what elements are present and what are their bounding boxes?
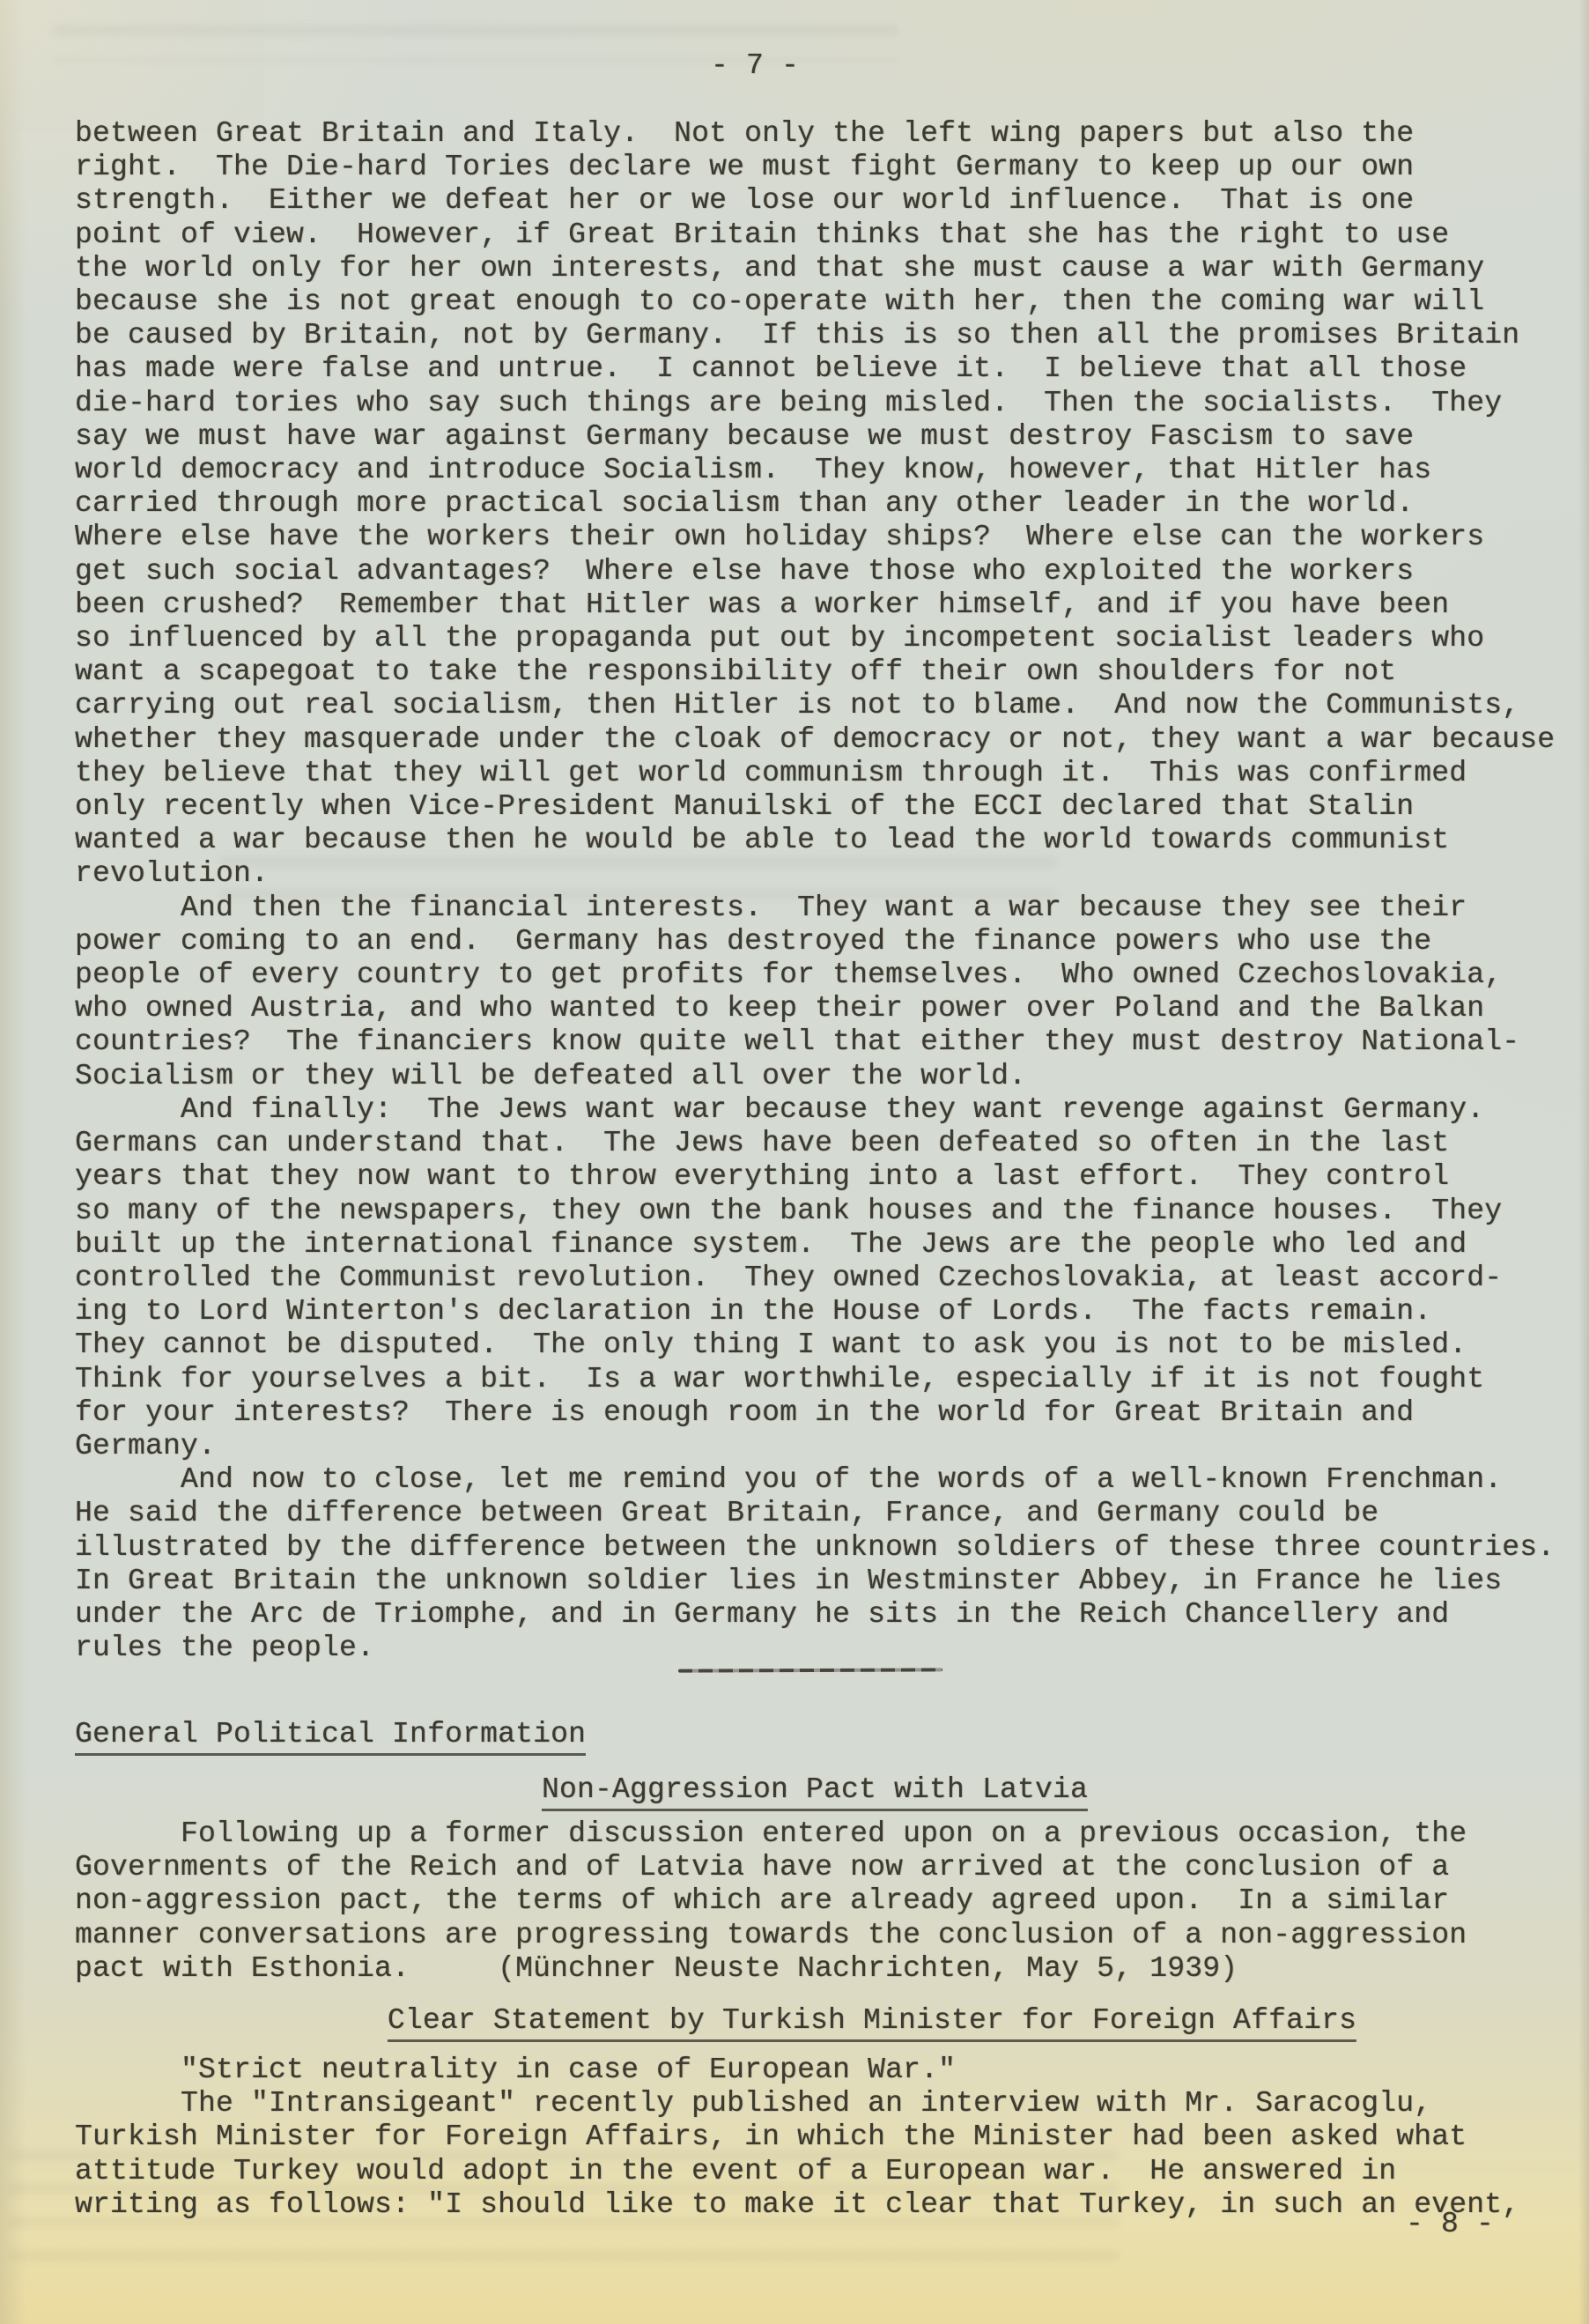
- latvia-pact-text: Following up a former discussion entered…: [75, 1817, 1467, 1986]
- article-paragraph-1: between Great Britain and Italy. Not onl…: [75, 117, 1555, 892]
- article-body: between Great Britain and Italy. Not onl…: [75, 117, 1555, 1665]
- section-heading-general-political-information: General Political Information: [75, 1718, 586, 1756]
- header-page-number: - 7 -: [711, 49, 799, 82]
- latvia-pact-paragraph: Following up a former discussion entered…: [75, 1817, 1467, 1986]
- article-paragraph-4: And now to close, let me remind you of t…: [75, 1463, 1555, 1665]
- footer-page-number: - 8 -: [1406, 2208, 1494, 2240]
- scanned-document-page: - 7 - between Great Britain and Italy. N…: [0, 0, 1589, 2324]
- turkish-minister-text: The "Intransigeant" recently published a…: [75, 2087, 1519, 2222]
- turkish-minister-quote: "Strict neutrality in case of European W…: [75, 2054, 1519, 2087]
- paper-grain-texture: [0, 0, 264, 132]
- subsection-heading-latvia-pact: Non-Aggression Pact with Latvia: [542, 1773, 1088, 1811]
- article-paragraph-2: And then the financial interests. They w…: [75, 892, 1555, 1093]
- article-paragraph-3: And finally: The Jews want war because t…: [75, 1093, 1555, 1463]
- turkish-minister-paragraph: "Strict neutrality in case of European W…: [75, 2054, 1519, 2222]
- subsection-heading-turkish-minister: Clear Statement by Turkish Minister for …: [388, 2004, 1356, 2042]
- section-divider-rule: [678, 1668, 942, 1672]
